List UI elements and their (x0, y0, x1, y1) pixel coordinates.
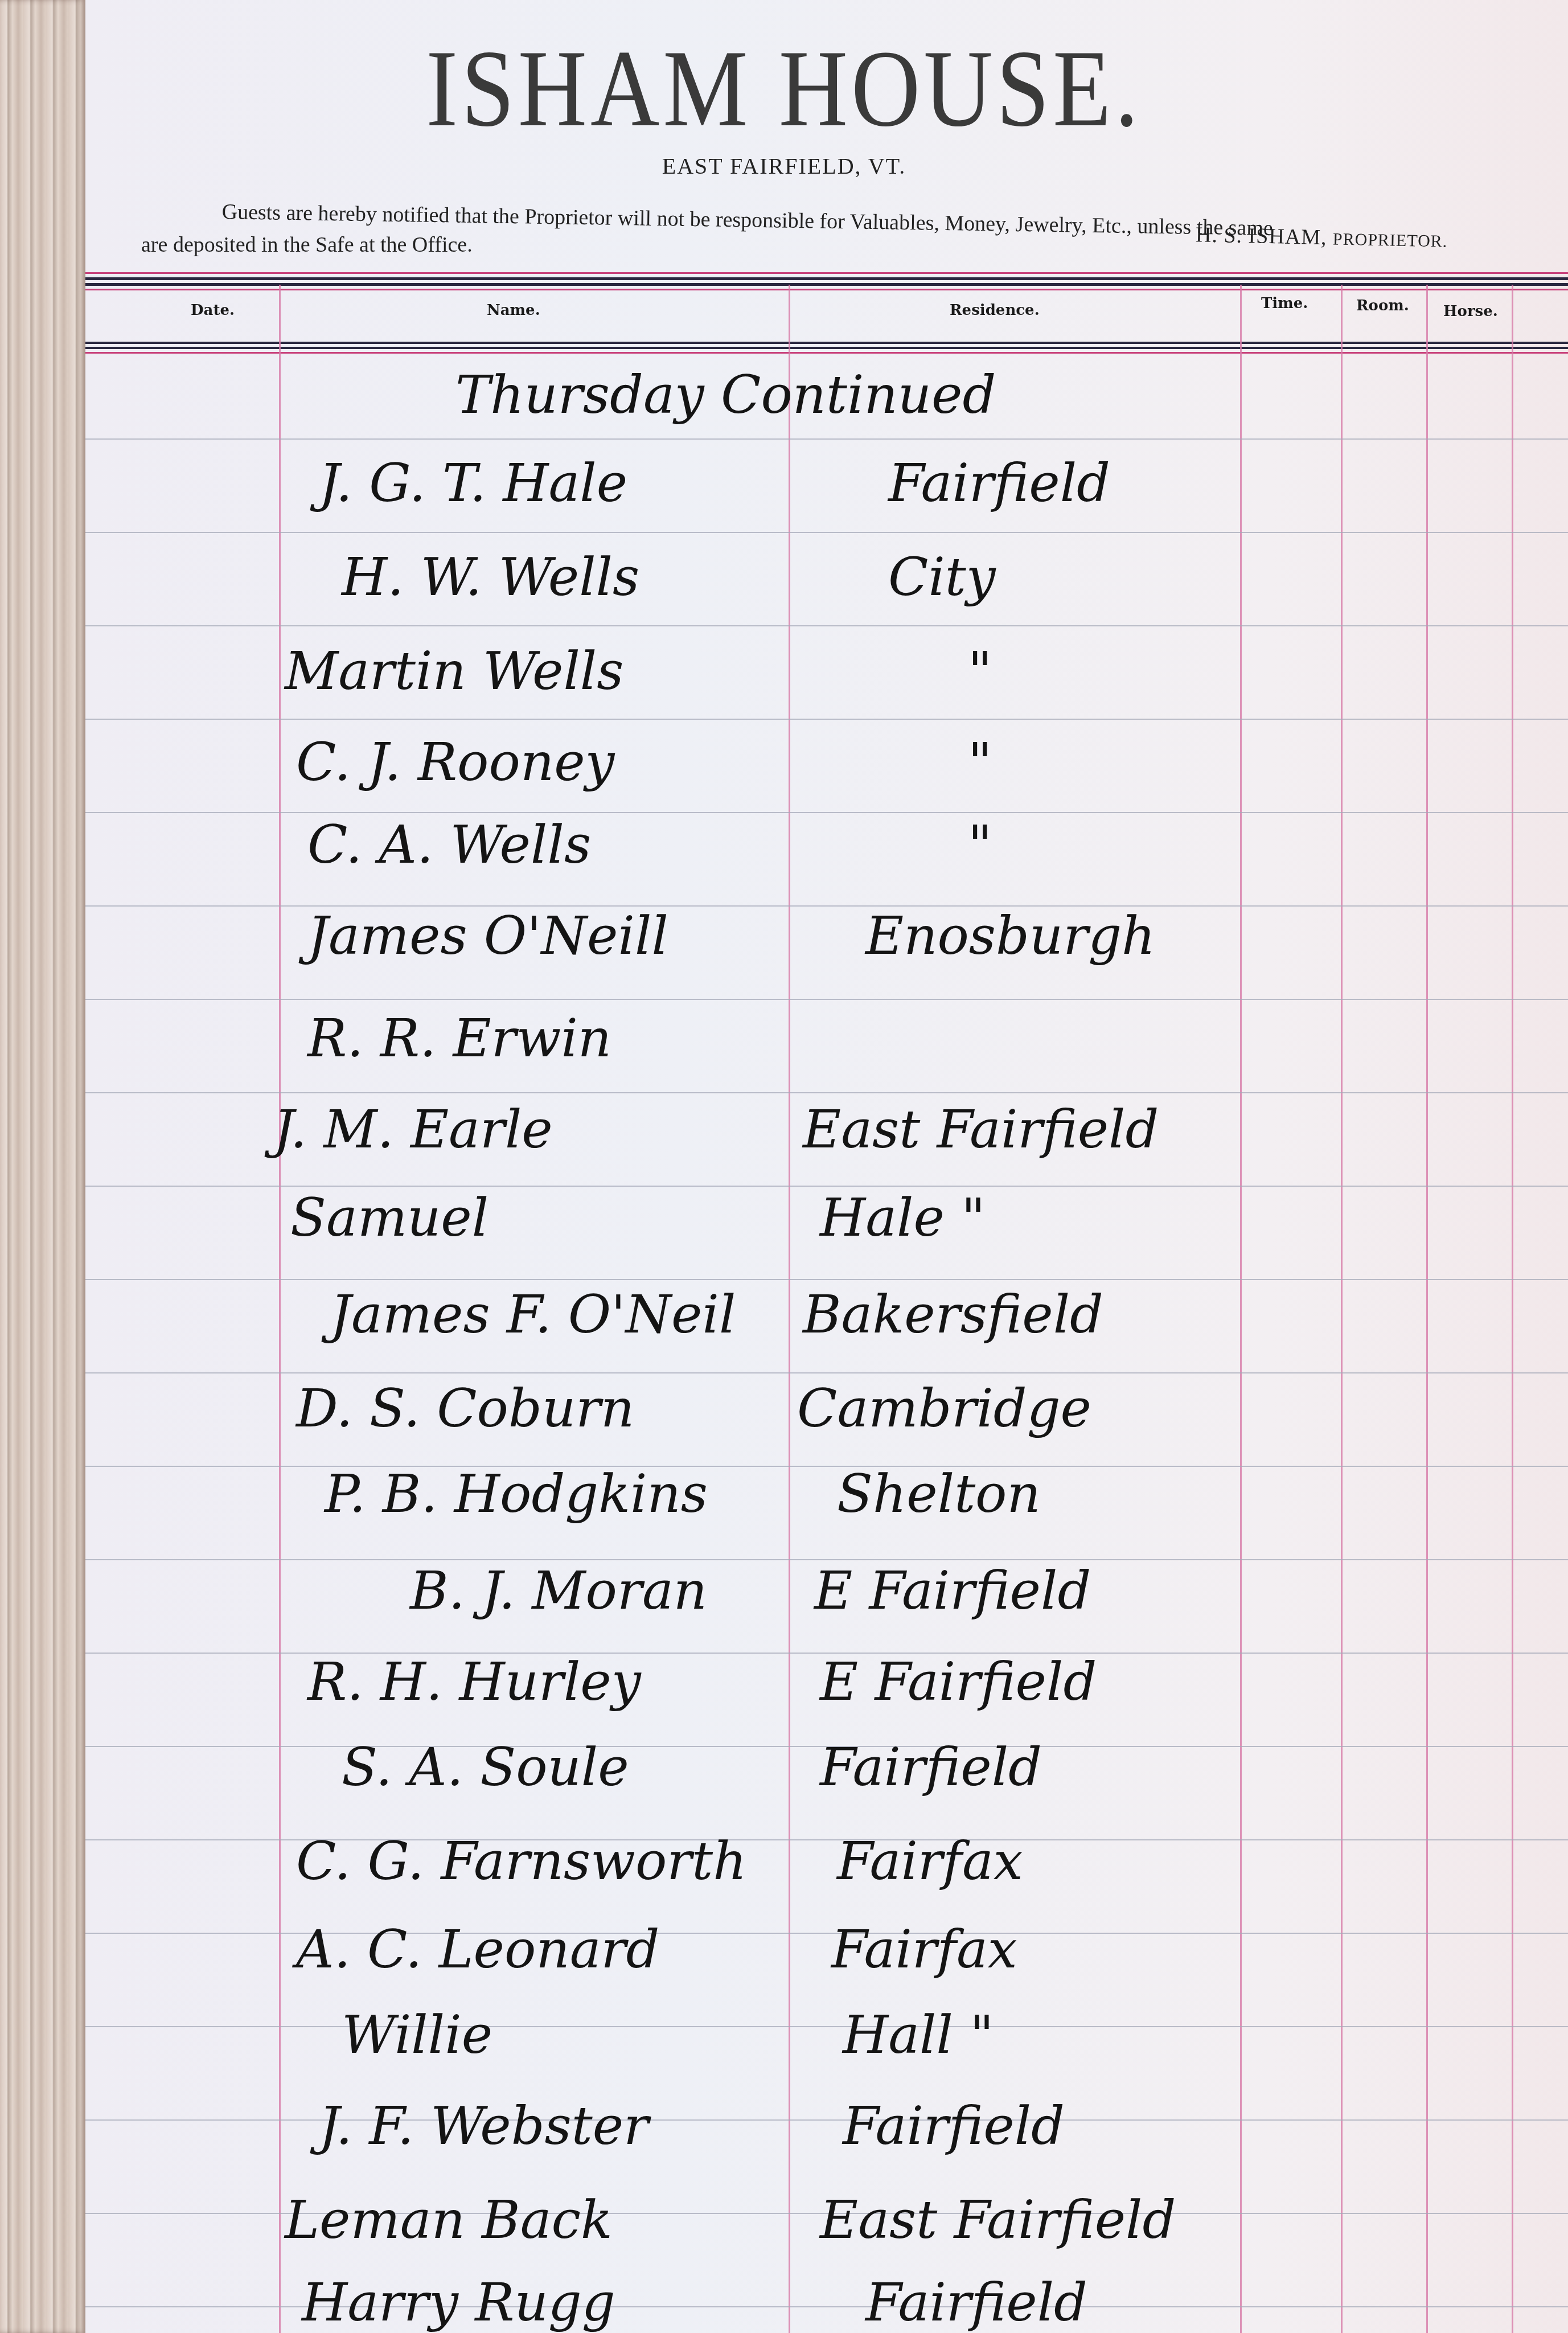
guest-residence: Shelton (837, 1463, 1041, 1524)
column-header-residence: Residence. (950, 302, 1040, 319)
header-rule-top (85, 272, 1568, 292)
ruled-line (85, 1279, 1568, 1280)
ruled-line (85, 625, 1568, 626)
guest-name: J. G. T. Hale (319, 453, 627, 514)
guest-name: Willie (342, 2004, 492, 2065)
proprietor-title: PROPRIETOR. (1333, 229, 1448, 251)
ruled-line (85, 1092, 1568, 1093)
guest-name: D. S. Coburn (296, 1378, 634, 1439)
guest-residence: East Fairfield (803, 1099, 1159, 1160)
guest-name: B. J. Moran (410, 1560, 707, 1621)
guest-name: H. W. Wells (342, 547, 639, 608)
column-header-date: Date. (191, 302, 235, 319)
guest-name: R. H. Hurley (307, 1651, 641, 1712)
ruled-line (85, 438, 1568, 440)
guest-name: Leman Back (285, 2190, 613, 2250)
guest-residence: " (968, 814, 992, 875)
column-header-room: Room. (1356, 297, 1409, 314)
guest-residence: Fairfax (837, 1831, 1023, 1892)
book-page-edges (0, 0, 85, 2333)
notice-line-2: are deposited in the Safe at the Office. (141, 232, 473, 257)
guest-residence: " (968, 641, 992, 702)
header-rule-bottom (85, 342, 1568, 355)
guest-name: J. F. Webster (319, 2096, 648, 2156)
ruled-line (85, 999, 1568, 1000)
guest-residence: Hale " (820, 1187, 986, 1248)
guest-name: C. A. Wells (307, 814, 591, 875)
guest-residence: City (888, 547, 996, 608)
ruled-line (85, 719, 1568, 720)
page-title: ISHAM HOUSE. (0, 26, 1568, 153)
ruled-line (85, 1466, 1568, 1467)
guest-residence: Hall " (843, 2004, 994, 2065)
proprietor-signature: H. S. ISHAM, PROPRIETOR. (1196, 222, 1448, 252)
guest-residence: Fairfield (820, 1737, 1042, 1798)
column-header-time: Time. (1261, 295, 1308, 312)
guest-residence: Fairfax (831, 1919, 1017, 1980)
guest-residence: Bakersfield (803, 1284, 1103, 1345)
guest-name: J. M. Earle (273, 1099, 553, 1160)
guest-name: Martin Wells (285, 641, 623, 702)
guest-name: C. G. Farnsworth (296, 1831, 747, 1892)
ruled-line (85, 2026, 1568, 2027)
ruled-line (85, 812, 1568, 813)
ruled-line (85, 532, 1568, 533)
guest-residence: E Fairfield (814, 1560, 1091, 1621)
guest-name: C. J. Rooney (296, 732, 615, 793)
guest-name: S. A. Soule (342, 1737, 629, 1798)
ruled-line (85, 1186, 1568, 1187)
guest-name: P. B. Hodgkins (325, 1463, 708, 1524)
hotel-location: EAST FAIRFIELD, VT. (0, 153, 1568, 179)
guest-name: Samuel (290, 1187, 489, 1248)
day-heading: Thursday Continued (455, 364, 996, 425)
guest-name: A. C. Leonard (296, 1919, 659, 1980)
column-header-horse: Horse. (1443, 303, 1498, 320)
proprietor-name: H. S. ISHAM, (1196, 223, 1327, 249)
guest-residence: " (968, 732, 992, 793)
guest-residence: Fairfield (843, 2096, 1065, 2156)
ruled-line (85, 2119, 1568, 2121)
guest-name: Harry Rugg (302, 2272, 615, 2333)
guest-residence: Enosburgh (865, 905, 1155, 966)
guest-residence: E Fairfield (820, 1651, 1097, 1712)
guest-name: R. R. Erwin (307, 1008, 611, 1069)
guest-residence: Cambridge (797, 1378, 1091, 1439)
guest-name: James O'Neill (307, 905, 668, 966)
guest-residence: East Fairfield (820, 2190, 1176, 2250)
guest-residence: Fairfield (888, 453, 1110, 514)
guest-residence: Fairfield (865, 2272, 1087, 2333)
column-header-name: Name. (487, 302, 540, 319)
ruled-line (85, 1372, 1568, 1373)
guest-name: James F. O'Neil (330, 1284, 736, 1345)
